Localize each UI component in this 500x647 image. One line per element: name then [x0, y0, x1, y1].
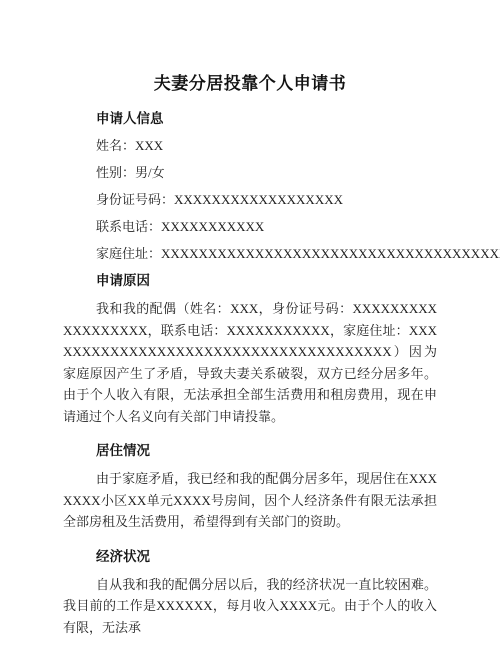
section-heading-application-reason: 申请原因 [63, 267, 437, 294]
section-residence-situation: 居住情况 由于家庭矛盾，我已经和我的配偶分居多年，现居住在XXXXXXX小区XX… [63, 437, 437, 533]
section-heading-residence-situation: 居住情况 [63, 437, 437, 464]
application-reason-paragraph: 我和我的配偶（姓名：XXX，身份证号码：XXXXXXXXXXXXXXXXXX，联… [63, 298, 437, 427]
field-phone: 联系电话：XXXXXXXXXXX [63, 213, 437, 240]
field-home-address: 家庭住址：XXXXXXXXXXXXXXXXXXXXXXXXXXXXXXXXXXX… [63, 240, 437, 267]
economic-status-paragraph: 自从我和我的配偶分居以后，我的经济状况一直比较困难。我目前的工作是XXXXXX，… [63, 574, 437, 639]
section-heading-economic-status: 经济状况 [63, 543, 437, 570]
field-name: 姓名：XXX [63, 132, 437, 159]
document-page: 夫妻分居投靠个人申请书 申请人信息 姓名：XXX 性别：男/女 身份证号码：XX… [0, 0, 500, 647]
document-title: 夫妻分居投靠个人申请书 [63, 74, 437, 94]
section-applicant-info: 申请人信息 姓名：XXX 性别：男/女 身份证号码：XXXXXXXXXXXXXX… [63, 105, 437, 267]
field-gender: 性别：男/女 [63, 159, 437, 186]
residence-situation-paragraph: 由于家庭矛盾，我已经和我的配偶分居多年，现居住在XXXXXXX小区XX单元XXX… [63, 468, 437, 533]
section-application-reason: 申请原因 我和我的配偶（姓名：XXX，身份证号码：XXXXXXXXXXXXXXX… [63, 267, 437, 427]
section-heading-applicant-info: 申请人信息 [63, 105, 437, 132]
field-id-number: 身份证号码：XXXXXXXXXXXXXXXXXX [63, 186, 437, 213]
section-economic-status: 经济状况 自从我和我的配偶分居以后，我的经济状况一直比较困难。我目前的工作是XX… [63, 543, 437, 639]
